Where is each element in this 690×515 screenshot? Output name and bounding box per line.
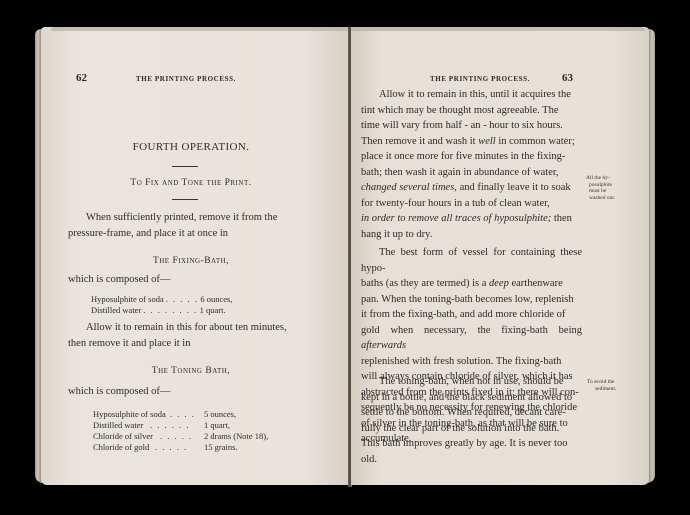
recipe-row: Chloride of gold . . . . . 15 grains. (93, 442, 268, 453)
fixing-bath-heading: The Fixing-Bath, (41, 254, 341, 270)
paragraph-3: The toning-bath, when not in use, should… (361, 374, 582, 467)
page-number-right: 63 (562, 72, 573, 84)
paragraph-1: Allow it to remain in this, until it acq… (361, 87, 582, 242)
open-book: 62 THE PRINTING PROCESS. FOURTH OPERATIO… (35, 27, 655, 487)
fixing-composed-label: which is composed of— (68, 272, 170, 288)
toning-bath-heading: The Toning Bath, (41, 364, 341, 380)
running-head-right: THE PRINTING PROCESS. (430, 75, 530, 83)
allow-paragraph: Allow it to remain in this for about ten… (68, 320, 318, 351)
margin-note-hyposulphite: All the hy- posulphite must be washed ou… (586, 175, 615, 201)
intro-paragraph: When sufficiently printed, remove it fro… (68, 210, 318, 241)
right-page: THE PRINTING PROCESS. 63 Allow it to rem… (351, 27, 649, 485)
recipe-row: Hyposulphite of soda . . . . . 6 ounces, (91, 294, 232, 305)
fixing-recipe: Hyposulphite of soda . . . . . 6 ounces,… (91, 294, 232, 316)
toning-composed-label: which is composed of— (68, 384, 170, 400)
section-subtitle: To Fix and Tone the Print. (41, 176, 341, 192)
recipe-row: Distilled water . . . . . . 1 quart, (93, 420, 268, 431)
recipe-row: Distilled water . . . . . . . . 1 quart. (91, 305, 232, 316)
left-page: 62 THE PRINTING PROCESS. FOURTH OPERATIO… (41, 27, 350, 485)
running-head-left: THE PRINTING PROCESS. (136, 75, 236, 83)
margin-note-sediment: To avoid the sediment. (587, 379, 616, 392)
divider-rule (172, 199, 198, 200)
recipe-row: Chloride of silver . . . . . 2 drams (No… (93, 431, 268, 442)
divider-rule (172, 166, 198, 167)
recipe-row: Hyposulphite of soda . . . . 5 ounces, (93, 409, 268, 420)
section-title: FOURTH OPERATION. (41, 140, 341, 156)
toning-recipe: Hyposulphite of soda . . . . 5 ounces, D… (93, 409, 268, 453)
page-number-left: 62 (76, 72, 87, 84)
